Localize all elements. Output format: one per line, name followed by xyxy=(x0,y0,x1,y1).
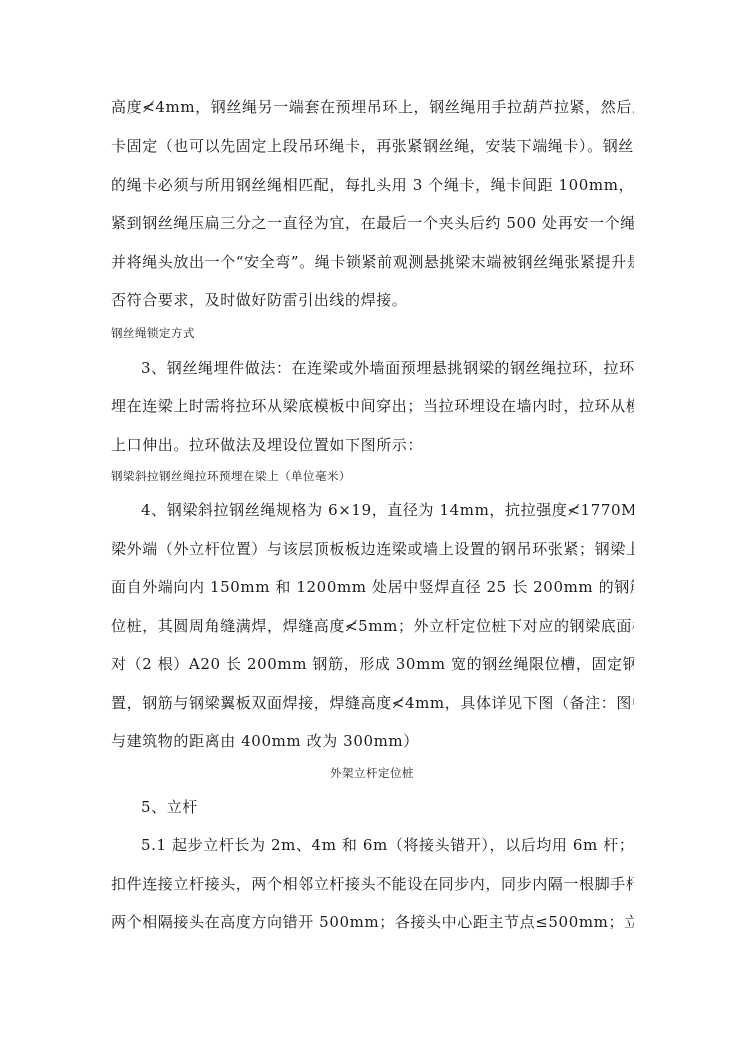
paragraph-line: 上口伸出。拉环做法及埋设位置如下图所示： xyxy=(111,435,634,455)
paragraph-line: 3、钢丝绳埋件做法：在连梁或外墙面预埋悬挑钢梁的钢丝绳拉环，拉环预 xyxy=(141,358,634,378)
paragraph-line: 与建筑物的距离由 400mm 改为 300mm） xyxy=(111,731,634,751)
paragraph-line: 4、钢梁斜拉钢丝绳规格为 6×19，直径为 14mm，抗拉强度≮1770Mpa，… xyxy=(141,500,634,520)
paragraph-line: 对（2 根）A20 长 200mm 钢筋，形成 30mm 宽的钢丝绳限位槽，固定… xyxy=(111,654,634,674)
paragraph-line: 紧到钢丝绳压扁三分之一直径为宜，在最后一个夹头后约 500 处再安一个绳卡， xyxy=(111,213,634,233)
paragraph-line: 埋在连梁上时需将拉环从梁底模板中间穿出；当拉环埋设在墙内时，拉环从模板 xyxy=(111,396,634,416)
figure-caption: 外架立杆定位桩 xyxy=(0,765,744,781)
paragraph-line: 并将绳头放出一个“安全弯”。绳卡锁紧前观测悬挑梁末端被钢丝绳张紧提升是 xyxy=(111,252,634,272)
paragraph-line: 位桩，其圆周角缝满焊，焊缝高度≮5mm；外立杆定位桩下对应的钢梁底面横焊 1 xyxy=(111,616,634,636)
figure-caption: 钢丝绳锁定方式 xyxy=(111,325,195,341)
paragraph-line: 的绳卡必须与所用钢丝绳相匹配，每扎头用 3 个绳卡，绳卡间距 100mm，绳卡拧 xyxy=(111,175,634,195)
paragraph-line: 两个相隔接头在高度方向错开 500mm；各接头中心距主节点≤500mm；立杆必须… xyxy=(111,912,634,932)
paragraph-line: 面自外端向内 150mm 和 1200mm 处居中竖焊直径 25 长 200mm… xyxy=(111,577,634,597)
paragraph-line: 高度≮4mm，钢丝绳另一端套在预埋吊环上，钢丝绳用手拉葫芦拉紧，然后用绳 xyxy=(111,97,634,117)
paragraph-line: 否符合要求，及时做好防雷引出线的焊接。 xyxy=(111,290,634,310)
paragraph-line: 梁外端（外立杆位置）与该层顶板板边连梁或墙上设置的钢吊环张紧；钢梁上平 xyxy=(111,539,634,559)
document-page: 高度≮4mm，钢丝绳另一端套在预埋吊环上，钢丝绳用手拉葫芦拉紧，然后用绳 卡固定… xyxy=(0,0,744,1052)
paragraph-line: 扣件连接立杆接头，两个相邻立杆接头不能设在同步内，同步内隔一根脚手杆的 xyxy=(111,874,634,894)
paragraph-line: 卡固定（也可以先固定上段吊环绳卡，再张紧钢丝绳，安装下端绳卡）。钢丝绳 xyxy=(111,136,634,156)
figure-caption: 钢梁斜拉钢丝绳拉环预埋在梁上（单位毫米） xyxy=(111,468,351,484)
paragraph-line: 置，钢筋与钢梁翼板双面焊接，焊缝高度≮4mm，具体详见下图（备注：图中立杆 xyxy=(111,693,634,713)
paragraph-line: 5.1 起步立杆长为 2m、4m 和 6m（将接头错开），以后均用 6m 杆；采… xyxy=(141,835,634,855)
section-heading: 5、立杆 xyxy=(141,797,634,817)
